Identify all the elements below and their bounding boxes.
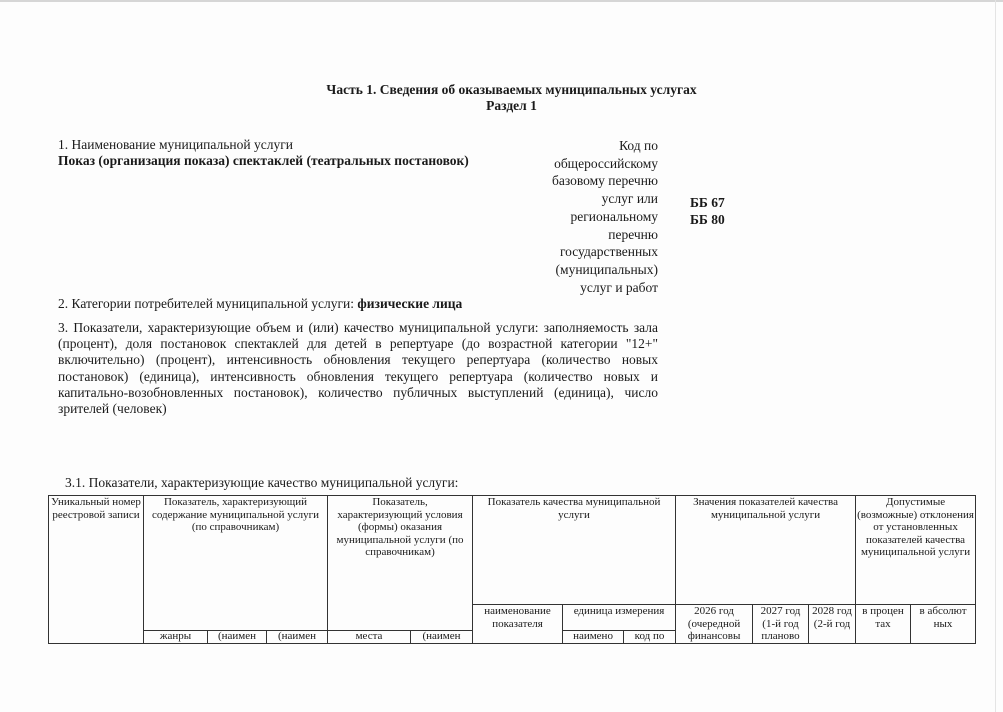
service-name-label: 1. Наименование муниципальной услуги: [58, 137, 293, 153]
col-unit-code: код по: [624, 631, 676, 644]
col-name-1: (наимен: [208, 631, 267, 644]
code-label-line: базовому перечню: [520, 172, 658, 190]
service-code: ББ 67: [690, 194, 725, 211]
subheader-year-2026: 2026 год (очередной финансовы: [676, 605, 753, 644]
header-content-indicator: Показатель, характеризующий содержание м…: [144, 496, 328, 631]
part-title: Часть 1. Сведения об оказываемых муницип…: [0, 82, 1003, 98]
quality-indicators-label: 3.1. Показатели, характеризующие качеств…: [65, 475, 458, 491]
subheader-unit: единица измерения: [563, 605, 676, 631]
code-label-line: (муниципальных): [520, 261, 658, 279]
section-title: Раздел 1: [0, 98, 1003, 114]
indicators-description: 3. Показатели, характеризующие объем и (…: [58, 320, 658, 417]
code-label-line: государственных: [520, 243, 658, 261]
header-quality-values: Значения показателей качества муниципаль…: [676, 496, 856, 605]
service-code: ББ 80: [690, 211, 725, 228]
subheader-year-2028: 2028 год (2-й год: [809, 605, 856, 644]
code-label-line: перечню: [520, 226, 658, 244]
subheader-in-absolute: в абсолют ных: [911, 605, 976, 644]
code-label-line: региональному: [520, 208, 658, 226]
header-allowed-deviations: Допустимые (возможные) отклонения от уст…: [856, 496, 976, 605]
code-label: Код по общероссийскому базовому перечню …: [520, 137, 658, 296]
consumer-categories-label: 2. Категории потребителей муниципальной …: [58, 296, 357, 311]
col-name-2: (наимен: [267, 631, 328, 644]
quality-indicators-table: Уникальный номер реестровой записи Показ…: [48, 495, 976, 644]
header-conditions-indicator: Показатель, характеризующий условия (фор…: [328, 496, 473, 631]
code-label-line: услуг или: [520, 190, 658, 208]
code-label-line: общероссийскому: [520, 155, 658, 173]
code-label-line: Код по: [520, 137, 658, 155]
subheader-year-2027: 2027 год (1-й год планово: [753, 605, 809, 644]
header-registry-number: Уникальный номер реестровой записи: [49, 496, 144, 644]
col-genres: жанры: [144, 631, 208, 644]
service-codes: ББ 67 ББ 80: [690, 194, 725, 228]
col-name-3: (наимен: [411, 631, 473, 644]
consumer-categories-value: физические лица: [357, 296, 462, 311]
col-unit-name: наимено: [563, 631, 624, 644]
subheader-in-percent: в процен тах: [856, 605, 911, 644]
code-label-line: услуг и работ: [520, 279, 658, 297]
scan-edge-top: [0, 0, 1003, 2]
col-places: места: [328, 631, 411, 644]
header-quality-indicator: Показатель качества муниципальной услуги: [473, 496, 676, 605]
consumer-categories: 2. Категории потребителей муниципальной …: [58, 296, 462, 312]
subheader-indicator-name: наименование показателя: [473, 605, 563, 644]
service-name: Показ (организация показа) спектаклей (т…: [58, 153, 469, 169]
